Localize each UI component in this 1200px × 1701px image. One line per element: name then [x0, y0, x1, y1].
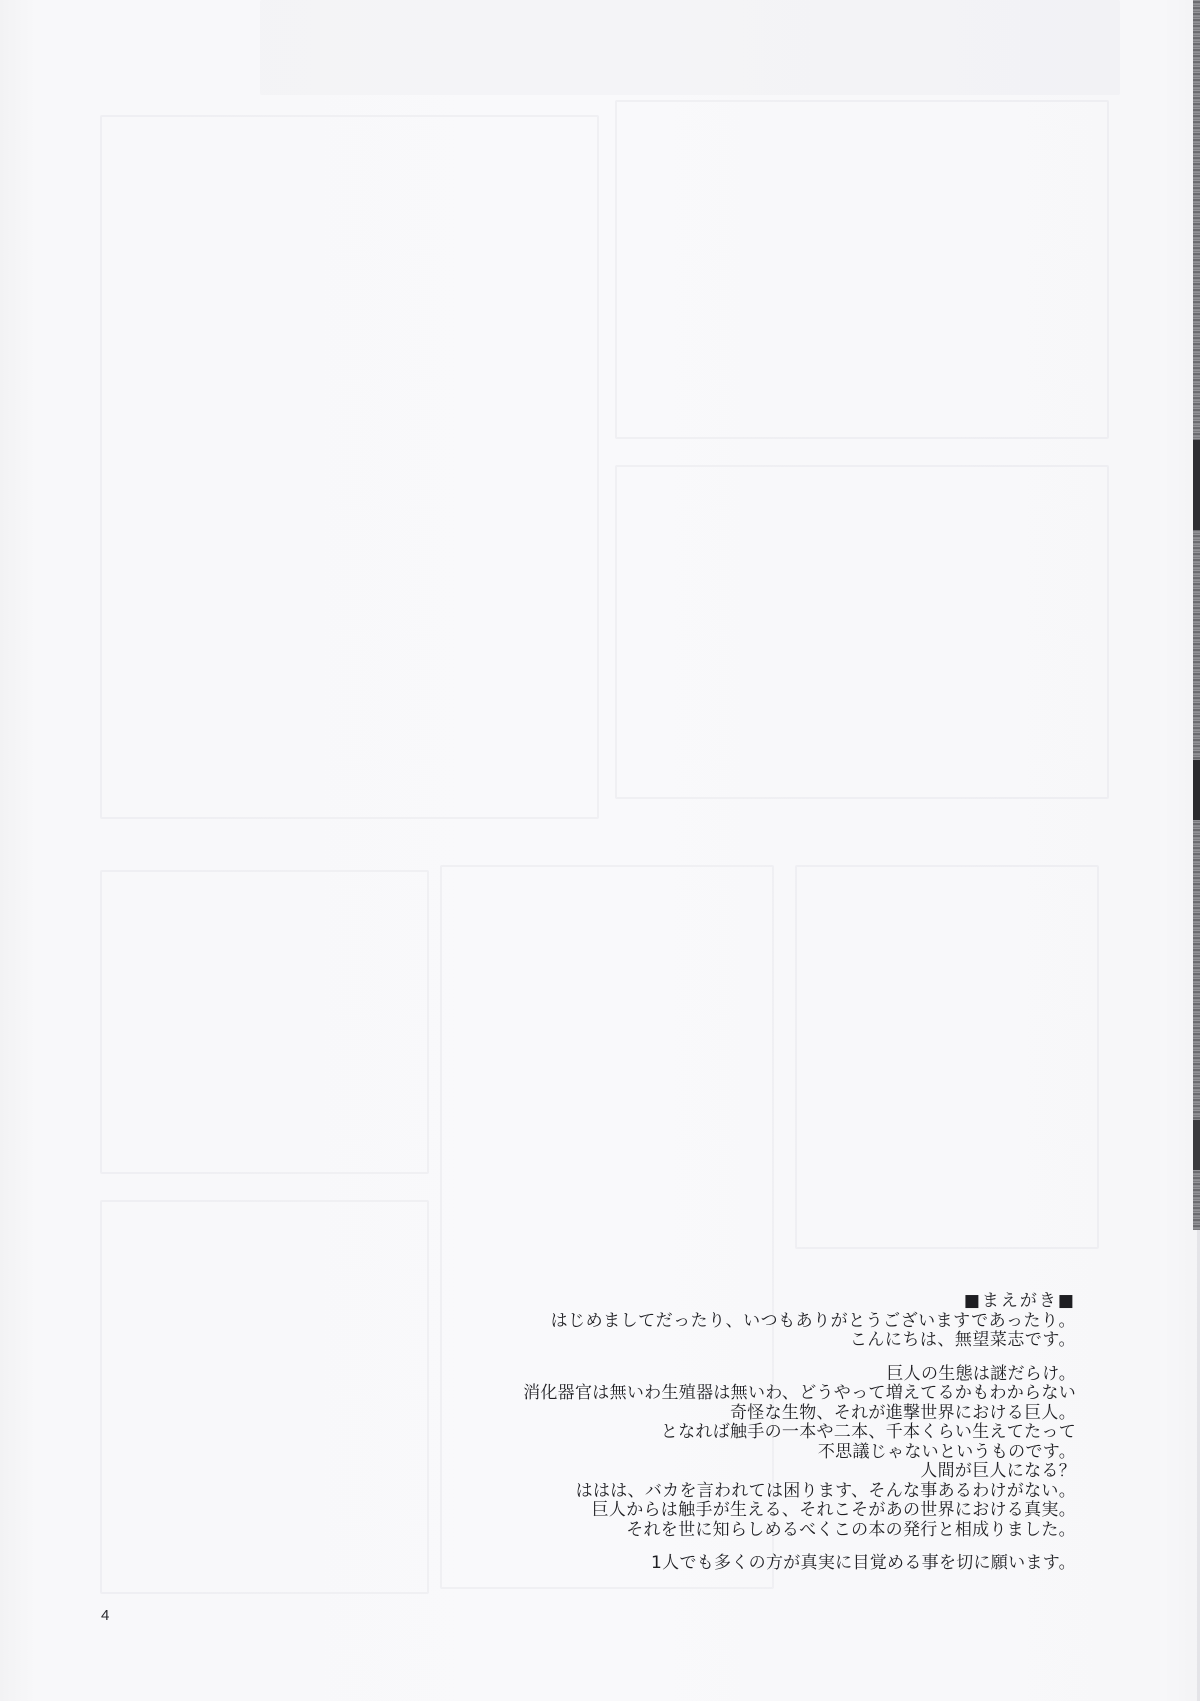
preface-heading: ■まえがき■ — [376, 1292, 1076, 1312]
adjacent-page-ink — [1193, 760, 1200, 820]
preface-greeting-line: はじめましてだったり、いつもありがとうございますであったり。 — [376, 1312, 1076, 1332]
show-through-panel — [100, 870, 429, 1174]
preface-text-block: ■まえがき■ はじめましてだったり、いつもありがとうございますであったり。 こん… — [376, 1292, 1076, 1574]
show-through-panel — [795, 865, 1099, 1249]
preface-body-line: 巨人の生態は謎だらけ。 — [376, 1365, 1076, 1385]
preface-body-line: となれば触手の一本や二本、千本くらい生えてたって — [376, 1423, 1076, 1443]
preface-body-line: 奇怪な生物、それが進撃世界における巨人。 — [376, 1404, 1076, 1424]
show-through-title-area — [260, 0, 1120, 95]
preface-closing-line: 1人でも多くの方が真実に目覚める事を切に願います。 — [376, 1554, 1076, 1574]
preface-body-line: それを世に知らしめるべくこの本の発行と相成りました。 — [376, 1521, 1076, 1541]
show-through-panel — [100, 115, 599, 819]
page-number: 4 — [101, 1607, 109, 1624]
preface-greeting-line: こんにちは、無望菜志です。 — [376, 1331, 1076, 1351]
adjacent-page-ink — [1193, 440, 1200, 530]
adjacent-page-edge — [1193, 0, 1200, 1230]
scanned-page: ■まえがき■ はじめましてだったり、いつもありがとうございますであったり。 こん… — [0, 0, 1200, 1701]
adjacent-page-ink — [1193, 1120, 1200, 1170]
preface-body-line: 人間が巨人になる？ — [376, 1462, 1076, 1482]
preface-body-line: 不思議じゃないというものです。 — [376, 1443, 1076, 1463]
preface-body-line: ははは、バカを言われては困ります、そんな事あるわけがない。 — [376, 1482, 1076, 1502]
show-through-panel — [615, 465, 1109, 799]
show-through-panel — [615, 100, 1109, 439]
preface-body-line: 巨人からは触手が生える、それこそがあの世界における真実。 — [376, 1501, 1076, 1521]
preface-body-line: 消化器官は無いわ生殖器は無いわ、どうやって増えてるかもわからない — [376, 1384, 1076, 1404]
